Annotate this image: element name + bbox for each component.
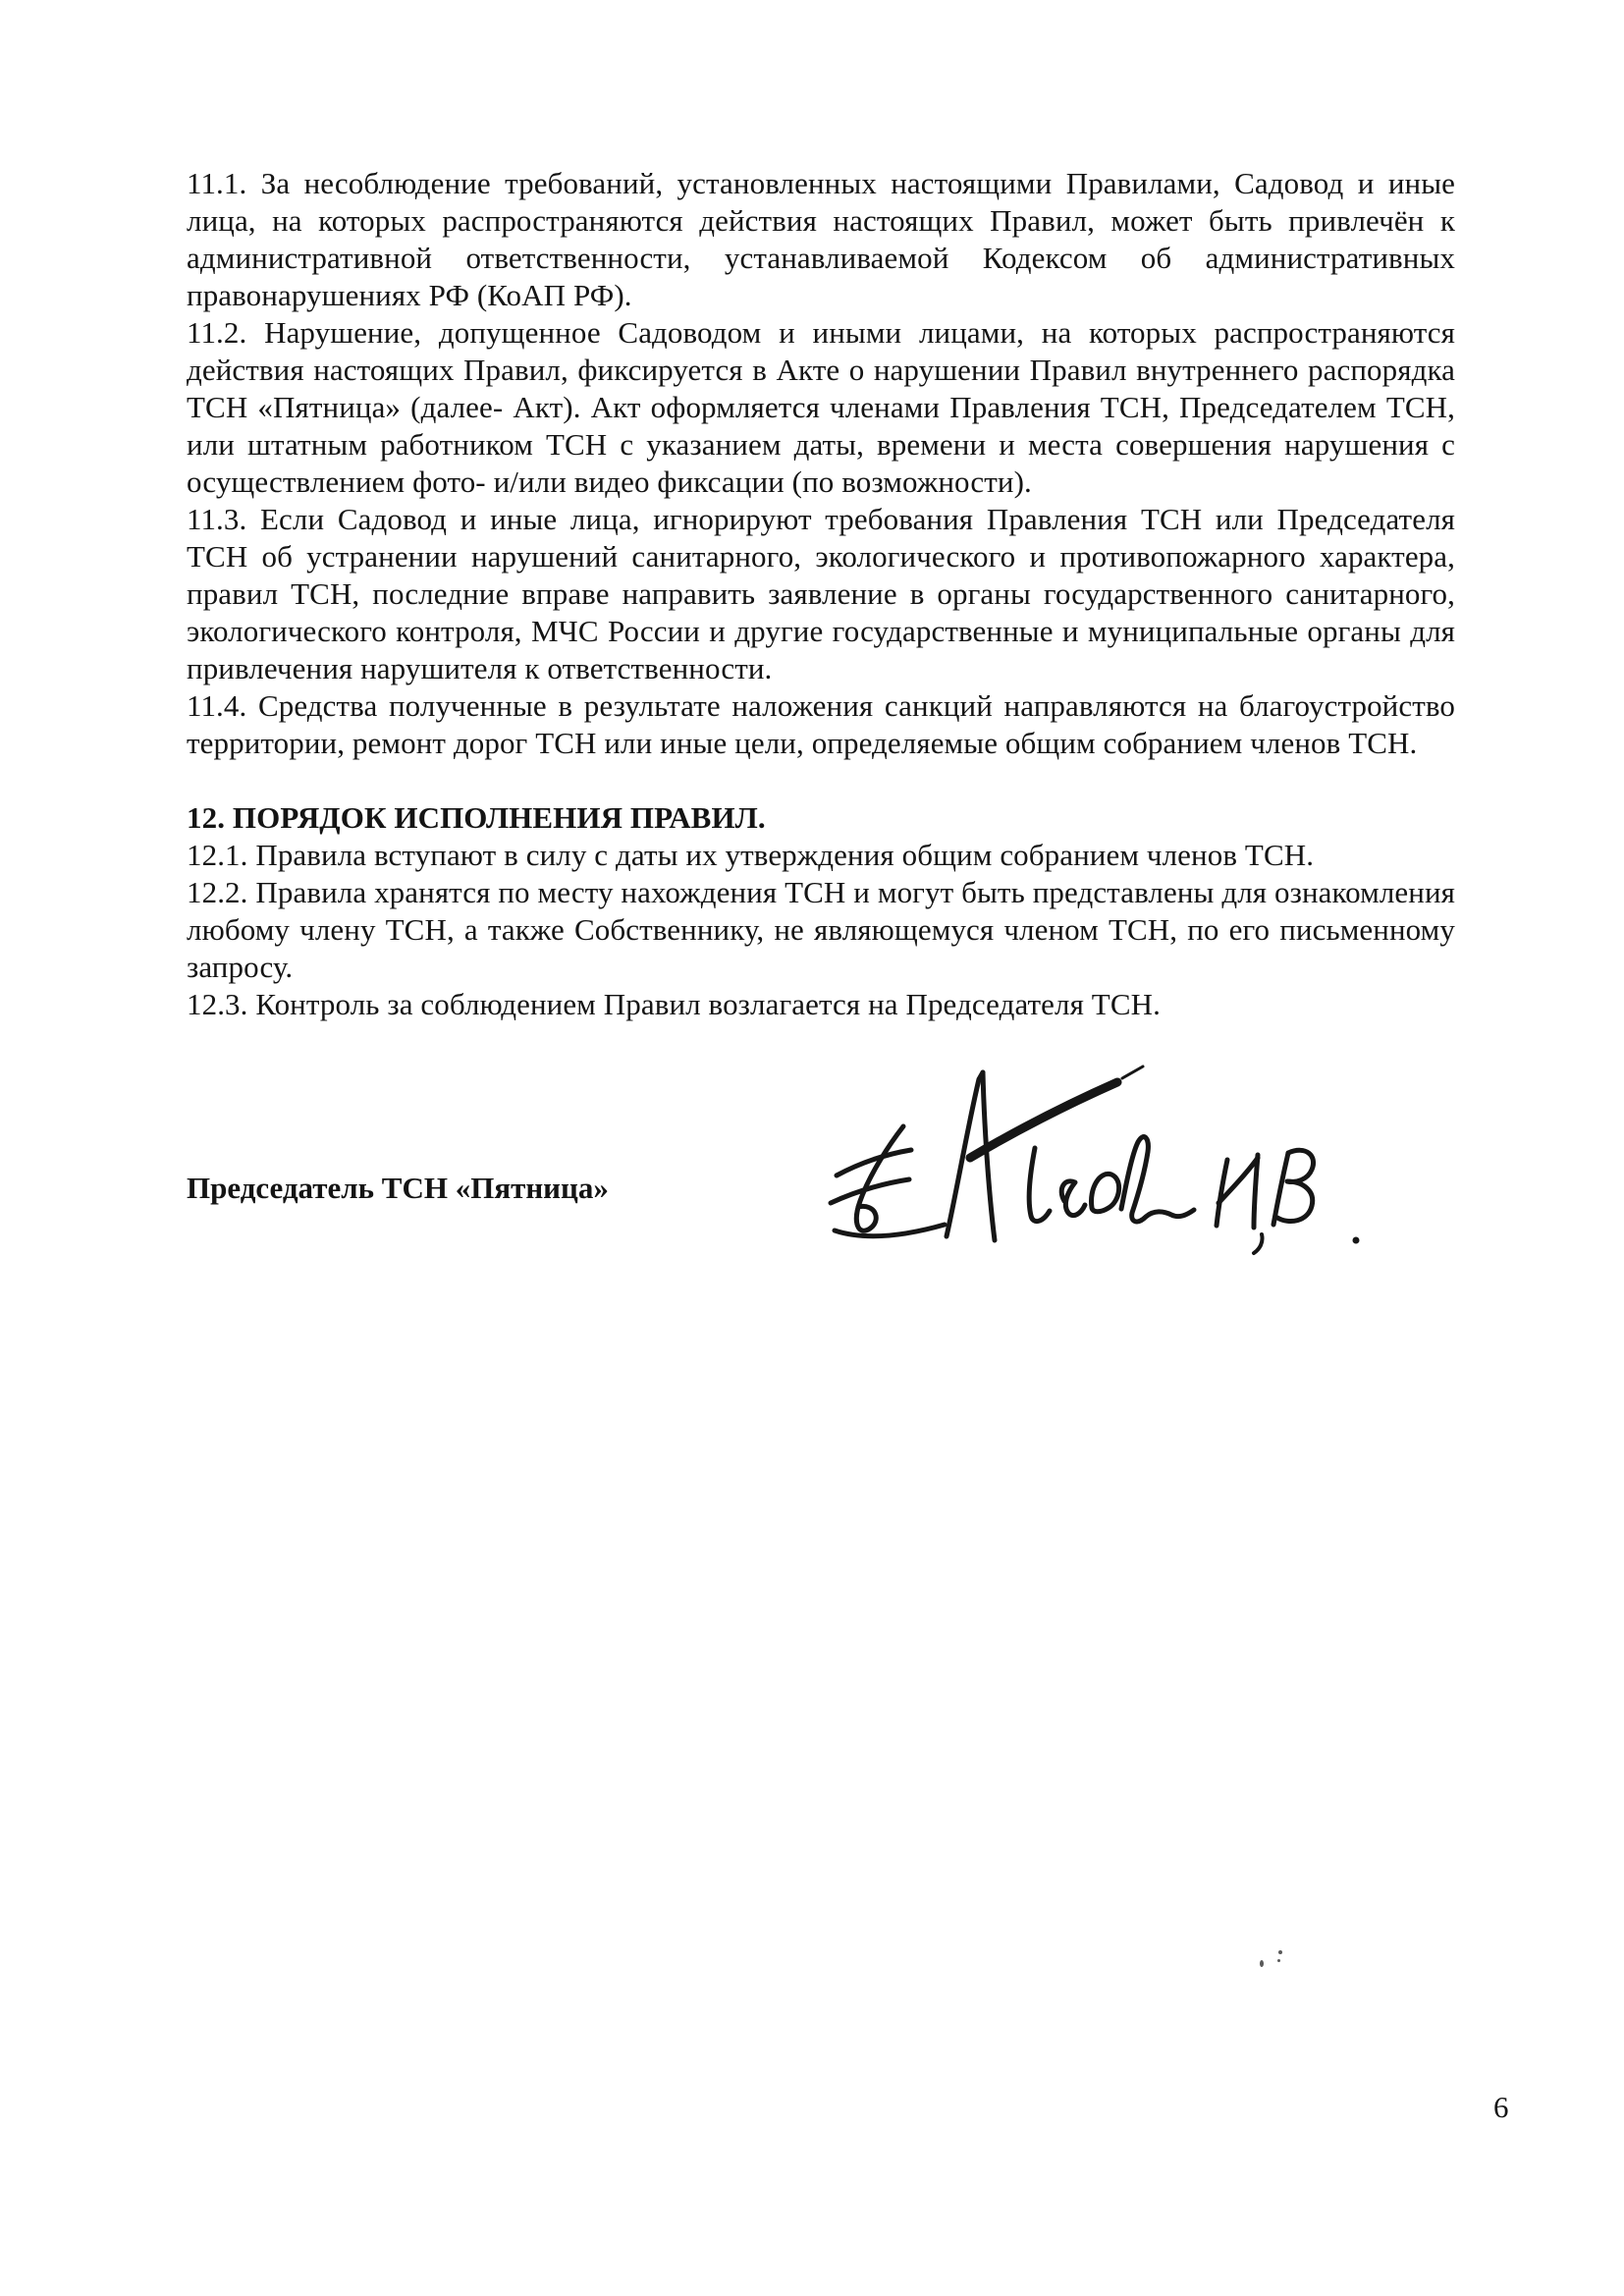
scan-artifact <box>1277 1959 1280 1962</box>
page-number: 6 <box>1493 2090 1509 2125</box>
paragraph-12-1: 12.1. Правила вступают в силу с даты их … <box>187 837 1455 874</box>
paragraph-11-4: 11.4. Средства полученные в результате н… <box>187 687 1455 762</box>
handwritten-signature-icon <box>825 1056 1375 1282</box>
document-page: 11.1. За несоблюдение требований, устано… <box>0 0 1624 2296</box>
paragraph-12-2: 12.2. Правила хранятся по месту нахожден… <box>187 874 1455 986</box>
document-body: 11.1. За несоблюдение требований, устано… <box>187 165 1455 1023</box>
paragraph-11-1: 11.1. За несоблюдение требований, устано… <box>187 165 1455 314</box>
paragraph-11-2: 11.2. Нарушение, допущенное Садоводом и … <box>187 314 1455 501</box>
paragraph-11-3: 11.3. Если Садовод и иные лица, игнориру… <box>187 501 1455 687</box>
section-12-heading: 12. ПОРЯДОК ИСПОЛНЕНИЯ ПРАВИЛ. <box>187 799 1455 837</box>
scan-artifact <box>1278 1950 1282 1954</box>
paragraph-12-3: 12.3. Контроль за соблюдением Правил воз… <box>187 986 1455 1023</box>
signature-label: Председатель ТСН «Пятница» <box>187 1171 609 1206</box>
scan-artifact <box>1260 1960 1264 1967</box>
